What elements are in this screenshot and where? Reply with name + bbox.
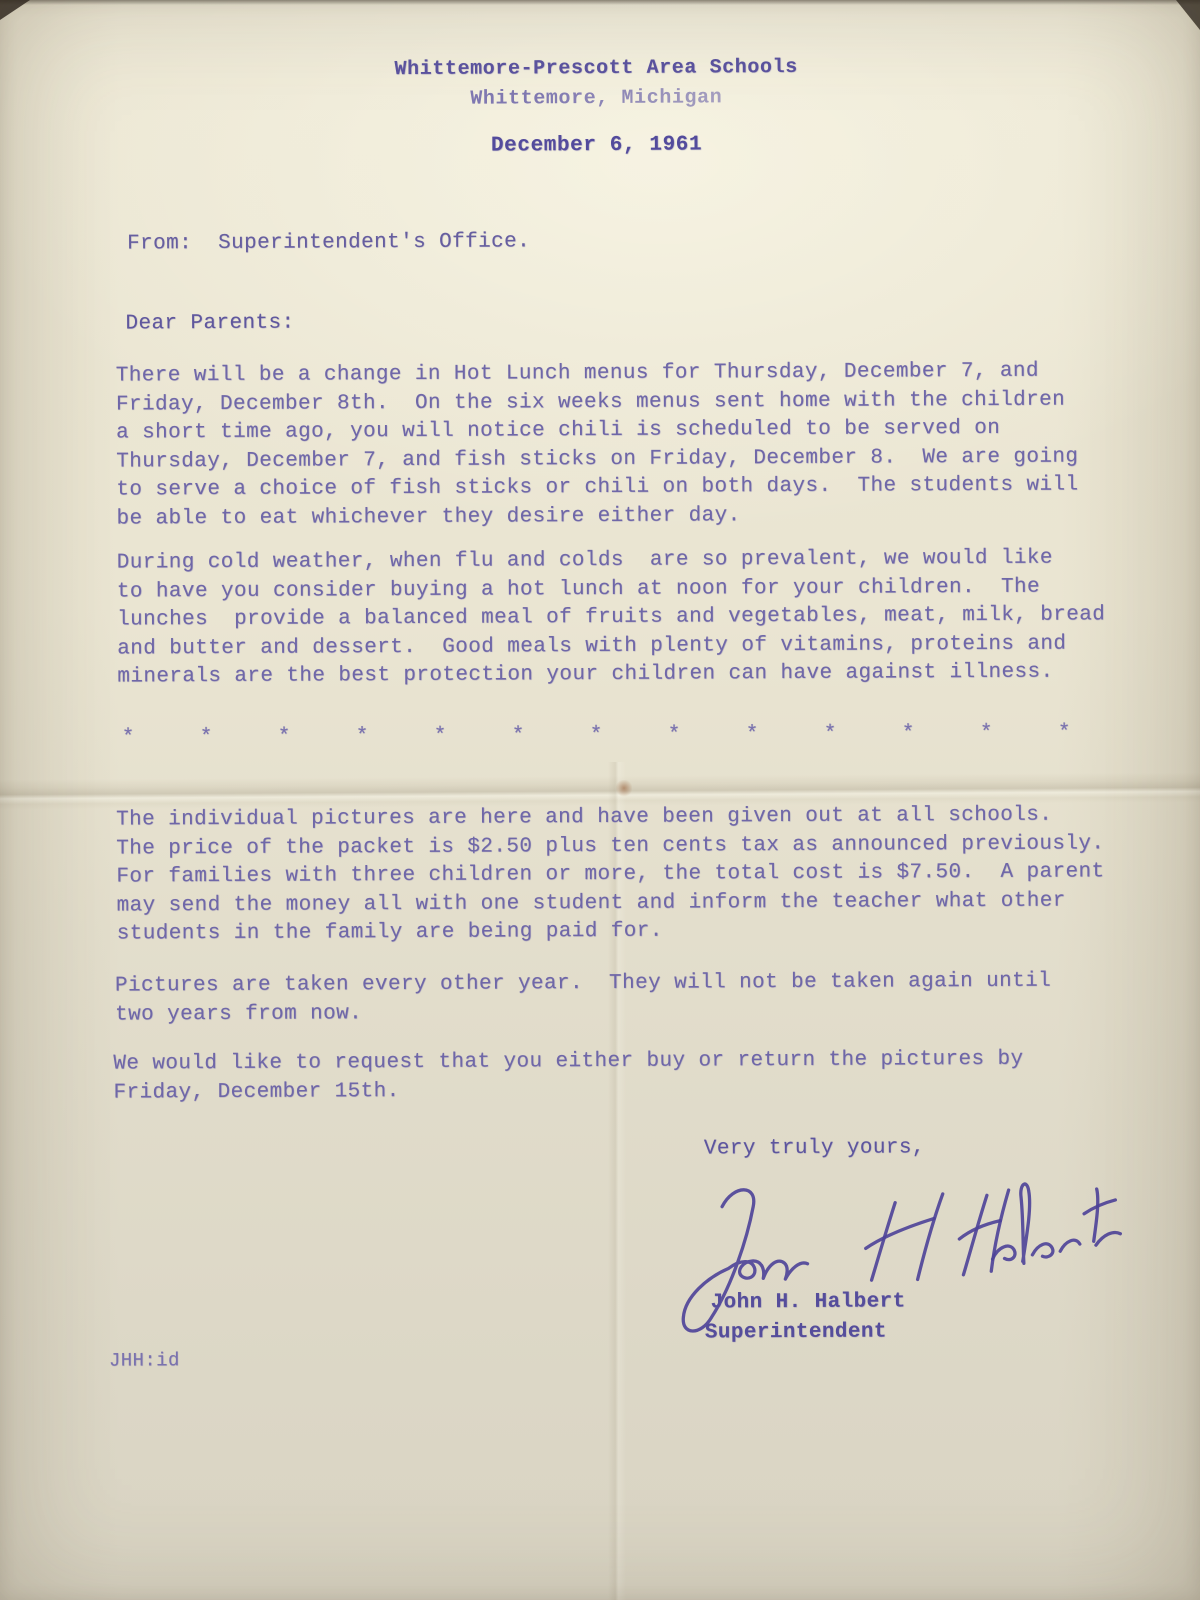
salutation: Dear Parents:	[125, 310, 294, 339]
letterhead: Whittemore-Prescott Area Schools Whittem…	[0, 51, 1196, 117]
letter-date: December 6, 1961	[0, 131, 1197, 160]
paragraph-lunch-menu-change: There will be a change in Hot Lunch menu…	[116, 357, 1079, 533]
from-line: From: Superintendent's Office.	[127, 228, 530, 259]
photo-edge-shadow-top	[0, 0, 1200, 5]
reference-initials: JHH:id	[109, 1346, 180, 1375]
asterisk-separator: * * * * * * * * * * * * *	[122, 720, 1071, 753]
scanned-letter-photo: Whittemore-Prescott Area Schools Whittem…	[0, 0, 1200, 1600]
typed-signature-title: Superintendent	[705, 1319, 887, 1348]
typed-signature-name: John H. Halbert	[711, 1288, 906, 1318]
organization-location: Whittemore, Michigan	[0, 81, 1196, 117]
paragraph-return-request: We would like to request that you either…	[113, 1046, 1023, 1108]
paragraph-cold-weather-lunch: During cold weather, when flu and colds …	[117, 544, 1106, 692]
paragraph-pictures-pricing: The individual pictures are here and hav…	[116, 801, 1105, 949]
letter-content: Whittemore-Prescott Area Schools Whittem…	[0, 0, 1200, 1600]
paragraph-pictures-frequency: Pictures are taken every other year. The…	[115, 968, 1051, 1030]
valediction: Very truly yours,	[704, 1134, 925, 1164]
